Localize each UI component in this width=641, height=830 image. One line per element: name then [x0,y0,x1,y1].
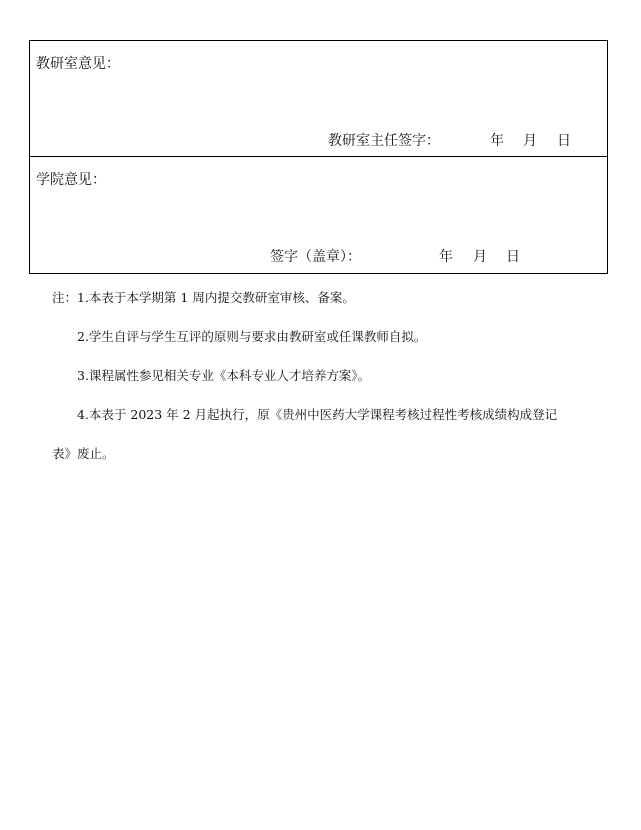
department-opinion-cell: 教研室意见： 教研室主任签字： 年 月 日 [30,41,607,157]
date-month: 月 [473,246,487,266]
date-day: 日 [557,130,571,150]
college-opinion-cell: 学院意见： 签字（盖章）： 年 月 日 [30,157,607,273]
department-head-signature-label: 教研室主任签字： [328,130,440,150]
note-item-4: 4.本表于 2023 年 2 月起执行，原《贵州中医药大学课程考核过程性考核成绩… [77,405,557,423]
department-opinion-label: 教研室意见： [36,53,120,73]
note-item-1: 1.本表于本学期第 1 周内提交教研室审核、备案。 [77,288,355,306]
notes-prefix: 注： [52,288,77,306]
date-month: 月 [523,130,537,150]
note-item-4-continued: 表》废止。 [52,444,115,462]
approval-table: 教研室意见： 教研室主任签字： 年 月 日 学院意见： 签字（盖章）： 年 月 … [29,40,608,274]
date-year: 年 [439,246,453,266]
note-item-3: 3.课程属性参见相关专业《本科专业人才培养方案》。 [77,366,370,384]
date-day: 日 [506,246,520,266]
date-year: 年 [490,130,504,150]
college-signature-label: 签字（盖章）： [270,246,361,266]
college-opinion-label: 学院意见： [36,169,106,189]
note-item-2: 2.学生自评与学生互评的原则与要求由教研室或任课教师自拟。 [77,327,426,345]
